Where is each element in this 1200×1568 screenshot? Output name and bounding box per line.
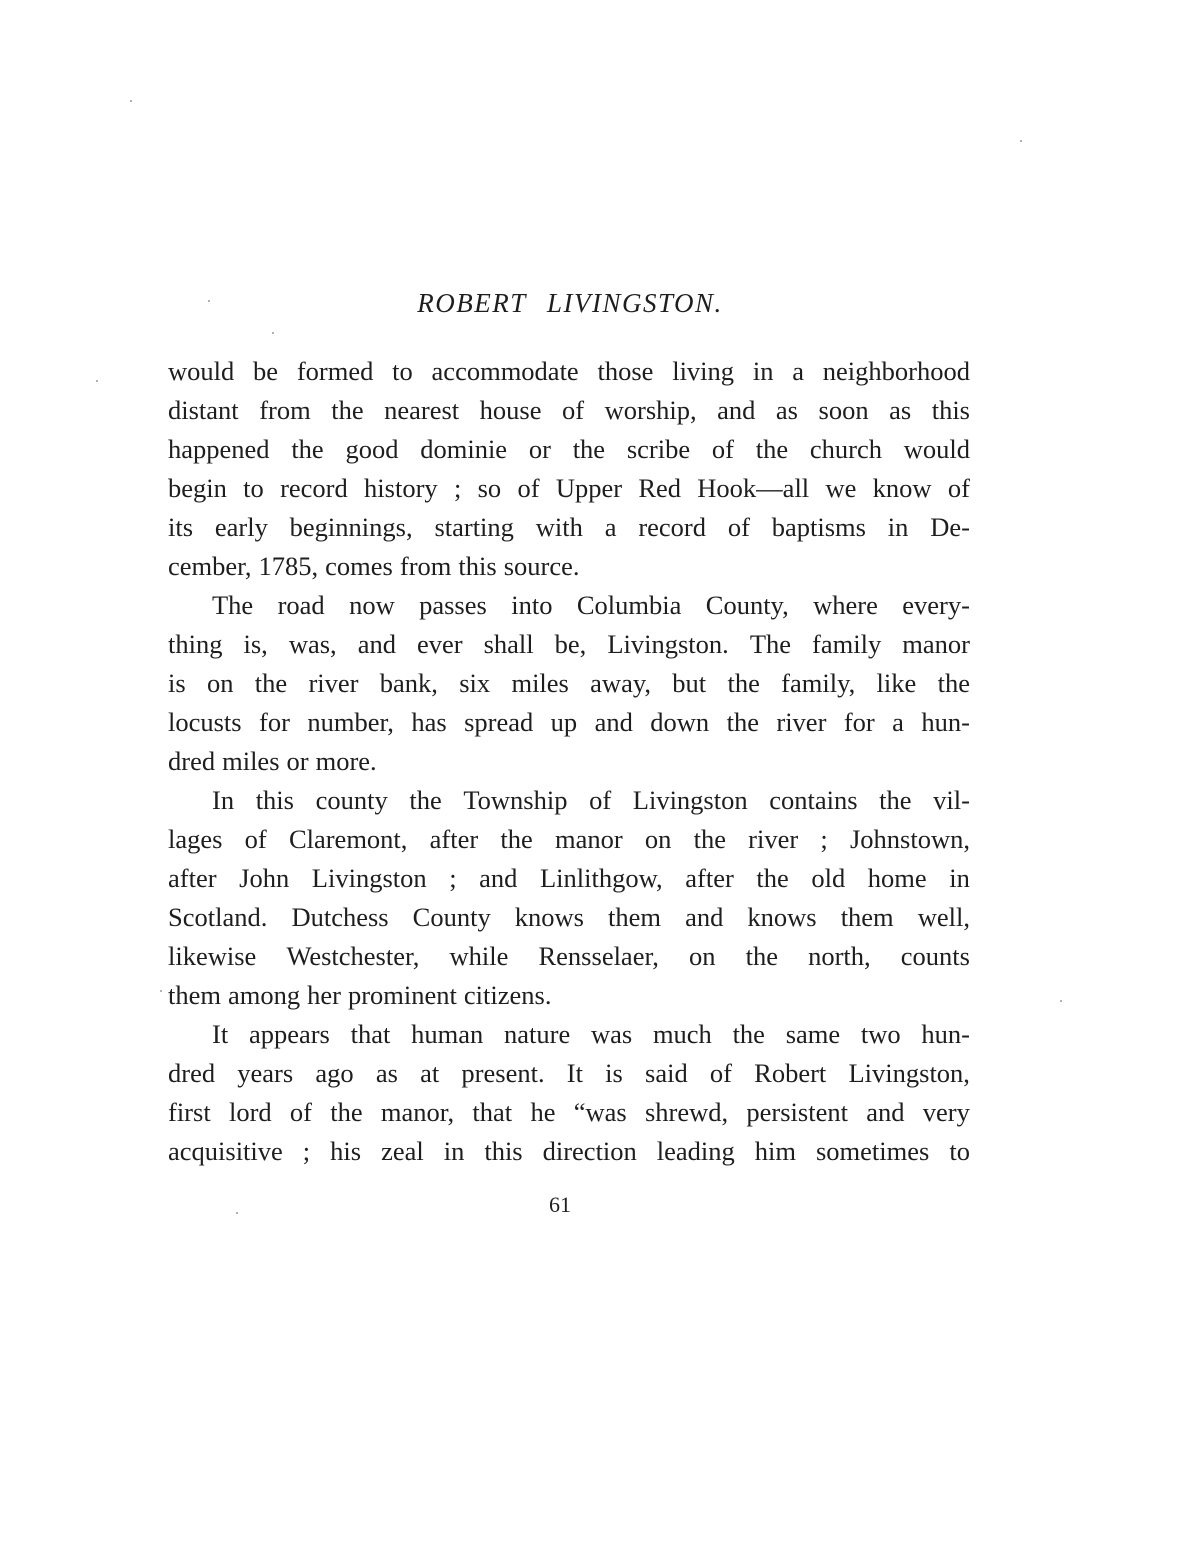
word: is [605,1054,623,1093]
word: distant [168,391,239,430]
word: scribe [627,430,690,469]
word: the [733,1015,765,1054]
word: passes [419,586,487,625]
word: the [500,820,532,859]
word: neighborhood [823,352,970,391]
word: river [308,664,358,703]
word: hun- [921,1015,970,1054]
word: the [330,1093,362,1132]
text-line: themamongherprominentcitizens. [168,976,970,1015]
text-line: Itappearsthathumannaturewasmuchthesametw… [168,1015,970,1054]
word: prominent [348,976,457,1015]
body-text: wouldbeformedtoaccommodatethoselivingina… [168,352,970,1171]
word: river [748,820,798,859]
word: has [411,703,446,742]
word: the [756,430,788,469]
word: very [923,1093,970,1132]
word: and [866,1093,904,1132]
word: Upper [556,469,622,508]
word: manor, [381,1093,454,1132]
word: ago [315,1054,353,1093]
word: from [400,547,452,586]
word: nearest [384,391,459,430]
word: to [949,1132,970,1171]
word: dred [168,742,215,781]
text-line: wouldbeformedtoaccommodatethoselivingina… [168,352,970,391]
word: 1785, [259,547,319,586]
word: of [562,391,584,430]
word: Dutchess [291,898,388,937]
word: in [949,859,970,898]
word: well, [918,898,970,937]
word: Livingston, [848,1054,969,1093]
word: miles [222,742,279,781]
word: be, [555,625,587,664]
word: while [450,937,509,976]
word: knows [747,898,816,937]
word: ; [303,1132,310,1171]
word: of [712,430,734,469]
word: hun- [921,703,970,742]
text-line: cember,1785,comesfromthissource. [168,547,970,586]
word: where [813,586,878,625]
word: begin [168,469,227,508]
word: De- [930,508,970,547]
word: thing [168,625,222,664]
word: the [255,664,287,703]
text-line: likewiseWestchester,whileRensselaer,onth… [168,937,970,976]
word: her [307,976,341,1015]
paragraph: wouldbeformedtoaccommodatethoselivingina… [168,352,970,586]
word: or [287,742,309,781]
word: human [411,1015,483,1054]
word: “was [574,1093,627,1132]
word: the [573,430,605,469]
word: is [168,664,186,703]
word: and [358,625,396,664]
word: Rensselaer, [539,937,659,976]
word: Livingston. [607,625,728,664]
word: of [948,469,970,508]
scan-speck [96,380,98,382]
word: present. [461,1054,544,1093]
word: two [861,1015,901,1054]
word: Johnstown, [850,820,970,859]
text-line: itsearlybeginnings,startingwitharecordof… [168,508,970,547]
word: manor [902,625,970,664]
word: record [638,508,706,547]
word: that [351,1015,391,1054]
text-line: acquisitive;hiszealinthisdirectionleadin… [168,1132,970,1171]
page-number: 61 [0,1192,1120,1218]
word: of [245,820,267,859]
text-line: InthiscountytheTownshipofLivingstonconta… [168,781,970,820]
word: the [291,430,323,469]
word: and [685,898,723,937]
word: them [841,898,894,937]
word: counts [901,937,970,976]
word: this [484,1132,522,1171]
word: this [458,547,496,586]
paragraph: Itappearsthathumannaturewasmuchthesametw… [168,1015,970,1171]
text-line: dredmilesormore. [168,742,970,781]
text-line: afterJohnLivingston;andLinlithgow,aftert… [168,859,970,898]
word: citizens. [464,976,552,1015]
word: Township [463,781,567,820]
word: his [330,1132,361,1171]
word: lages [168,820,222,859]
word: Robert [754,1054,826,1093]
word: more. [316,742,377,781]
text-line: begintorecordhistory;soofUpperRedHook—al… [168,469,970,508]
word: on [645,820,672,859]
word: away, [590,664,651,703]
word: number, [307,703,394,742]
text-line: locustsfornumber,hasspreadupanddowntheri… [168,703,970,742]
word: miles [511,664,568,703]
word: Linlithgow, [540,859,663,898]
word: bank, [380,664,438,703]
word: but [672,664,706,703]
word: Scotland. [168,898,267,937]
word: ; [820,820,827,859]
scan-speck [208,300,210,302]
word: vil- [933,781,970,820]
word: them [168,976,221,1015]
word: the [409,781,441,820]
word: or [529,430,551,469]
word: to [392,352,413,391]
word: old [811,859,845,898]
word: its [168,508,193,547]
word: down [650,703,709,742]
word: as [376,1054,398,1093]
word: and [717,391,755,430]
word: manor [555,820,623,859]
word: Red [638,469,681,508]
book-page: ROBERT LIVINGSTON. wouldbeformedtoaccomm… [0,0,1200,1568]
scan-speck [160,990,162,992]
word: home [868,859,927,898]
word: early [215,508,268,547]
word: north, [808,937,871,976]
word: first [168,1093,211,1132]
text-line: thingis,was,andevershallbe,Livingston.Th… [168,625,970,664]
word: of [517,469,539,508]
text-line: Scotland.DutchessCountyknowsthemandknows… [168,898,970,937]
word: soon [819,391,869,430]
word: house [480,391,542,430]
word: ; [454,469,461,508]
word: family, [781,664,855,703]
text-line: happenedthegooddominieorthescribeofthech… [168,430,970,469]
word: would [904,430,970,469]
word: acquisitive [168,1132,283,1171]
word: source. [504,547,580,586]
text-line: firstlordofthemanor,thathe“wasshrewd,per… [168,1093,970,1132]
word: road [278,586,325,625]
word: those [597,352,653,391]
word: ; [449,859,456,898]
word: years [237,1054,293,1093]
scan-speck [130,100,132,102]
word: after [430,820,479,859]
word: spread [464,703,533,742]
word: of [710,1054,732,1093]
word: as [889,391,911,430]
word: Hook—all [697,469,809,508]
word: the [879,781,911,820]
word: contains [769,781,857,820]
word: of [589,781,611,820]
word: history [364,469,438,508]
word: direction [543,1132,637,1171]
word: after [685,859,734,898]
text-line: distantfromthenearesthouseofworship,anda… [168,391,970,430]
word: on [689,937,716,976]
word: in [753,352,774,391]
word: record [280,469,348,508]
word: we [825,469,856,508]
word: appears [249,1015,330,1054]
word: living [672,352,734,391]
word: so [478,469,502,508]
word: said [645,1054,688,1093]
word: them [608,898,661,937]
word: in [888,508,909,547]
text-line: TheroadnowpassesintoColumbiaCounty,where… [168,586,970,625]
word: river [776,703,826,742]
word: church [810,430,882,469]
word: beginnings, [290,508,413,547]
word: and [479,859,517,898]
text-line: dredyearsagoasatpresent.ItissaidofRobert… [168,1054,970,1093]
word: a [605,508,617,547]
word: It [212,1015,228,1054]
word: a [892,703,904,742]
word: at [420,1054,439,1093]
paragraph: TheroadnowpassesintoColumbiaCounty,where… [168,586,970,781]
word: and [595,703,633,742]
word: county [316,781,388,820]
text-line: isontheriverbank,sixmilesaway,butthefami… [168,664,970,703]
scan-speck [236,1212,238,1214]
word: The [212,586,253,625]
word: six [459,664,490,703]
scan-speck [272,332,274,334]
word: sometimes [816,1132,929,1171]
text-line: lagesofClaremont,afterthemanorontheriver… [168,820,970,859]
word: shrewd, [645,1093,728,1132]
word: accommodate [432,352,579,391]
word: likewise [168,937,256,976]
word: on [207,664,234,703]
word: leading [657,1132,735,1171]
word: the [727,703,759,742]
word: the [756,859,788,898]
word: County [413,898,491,937]
word: locusts [168,703,242,742]
running-head-word: LIVINGSTON. [547,288,723,319]
word: starting [434,508,514,547]
word: after [168,859,217,898]
running-head: ROBERT LIVINGSTON. [0,288,1140,319]
word: for [259,703,290,742]
word: zeal [381,1132,424,1171]
word: up [551,703,578,742]
word: It [567,1054,583,1093]
word: persistent [746,1093,848,1132]
word: In [212,781,234,820]
word: formed [297,352,374,391]
word: happened [168,430,270,469]
word: a [792,352,804,391]
word: the [938,664,970,703]
word: to [243,469,264,508]
word: dred [168,1054,215,1093]
word: this [256,781,294,820]
word: shall [484,625,534,664]
word: same [786,1015,840,1054]
running-head-word: ROBERT [417,288,527,319]
word: was [591,1015,632,1054]
word: County, [706,586,789,625]
word: The [750,625,791,664]
word: every- [902,586,970,625]
word: dominie [420,430,507,469]
word: of [728,508,750,547]
word: the [331,391,363,430]
word: ever [417,625,463,664]
word: as [776,391,798,430]
word: the [694,820,726,859]
word: of [290,1093,312,1132]
paragraph: InthiscountytheTownshipofLivingstonconta… [168,781,970,1015]
word: Westchester, [286,937,419,976]
scan-speck [1020,140,1022,142]
word: Columbia [577,586,682,625]
word: baptisms [772,508,866,547]
word: knows [515,898,584,937]
word: know [873,469,932,508]
word: him [755,1132,796,1171]
word: the [727,664,759,703]
word: comes [325,547,393,586]
scan-speck [1060,1000,1062,1002]
word: like [877,664,917,703]
word: in [444,1132,465,1171]
word: good [345,430,398,469]
word: lord [229,1093,272,1132]
word: would [168,352,234,391]
word: for [844,703,875,742]
word: with [536,508,583,547]
word: this [932,391,970,430]
word: nature [504,1015,570,1054]
word: that [472,1093,512,1132]
word: among [228,976,300,1015]
word: into [511,586,552,625]
word: John [239,859,289,898]
word: from [259,391,311,430]
word: worship, [605,391,697,430]
word: cember, [168,547,252,586]
word: now [349,586,395,625]
word: the [746,937,778,976]
word: much [653,1015,712,1054]
word: was, [289,625,337,664]
word: is, [244,625,268,664]
word: be [253,352,278,391]
word: Livingston [633,781,748,820]
word: Claremont, [289,820,408,859]
word: he [530,1093,555,1132]
word: family [812,625,881,664]
word: Livingston [312,859,427,898]
